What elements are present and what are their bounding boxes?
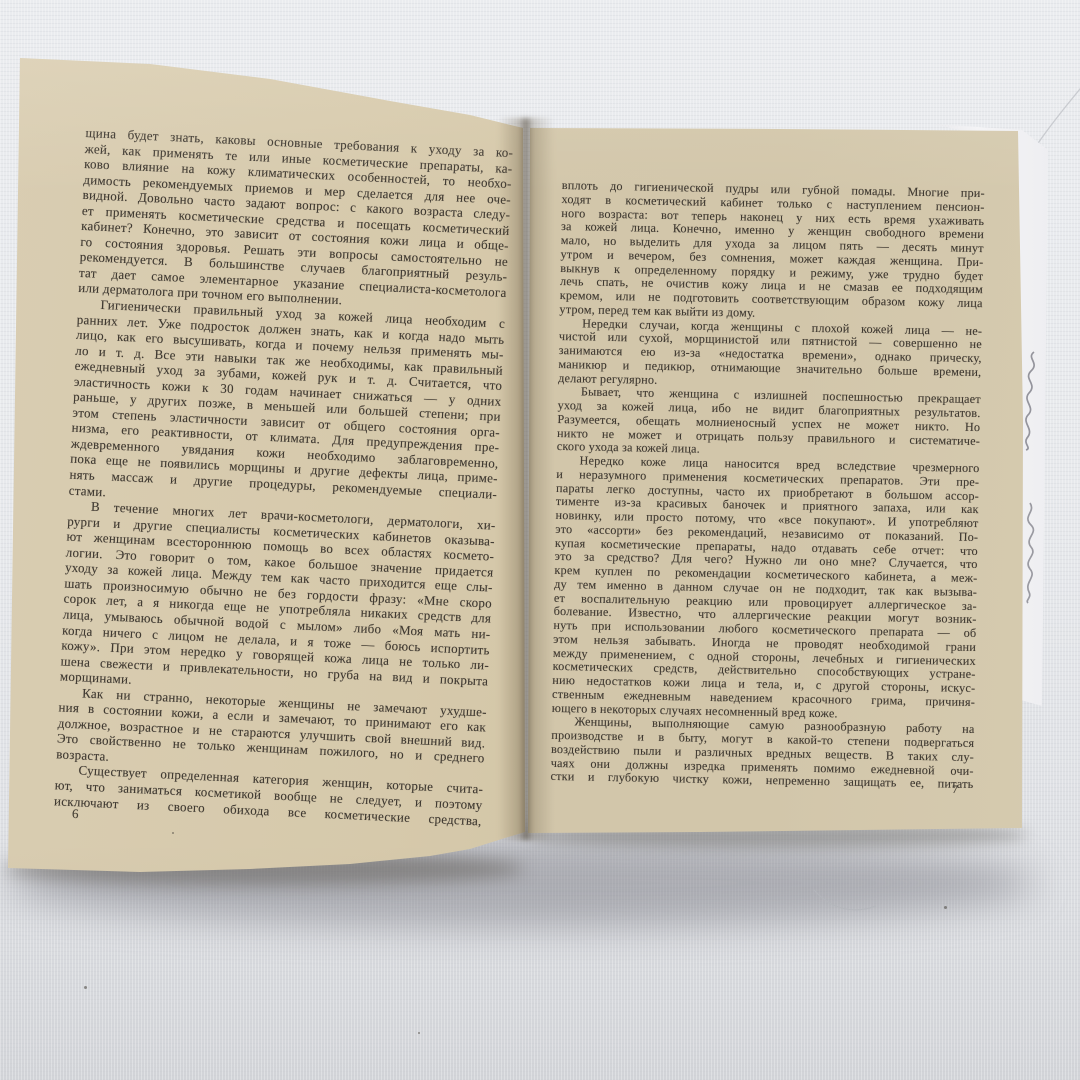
text-line: уход за кожей лица, ибо не видит благопр…	[558, 399, 981, 421]
text-line: рекомендуется. В большинстве случаев бла…	[79, 249, 507, 285]
text-line: мало, но выделить для ухода за лицом пят…	[561, 234, 984, 256]
text-line: ежедневный уход за зубами, кожей рук и т…	[74, 358, 502, 394]
text-line: щина будет знать, каковы основные требов…	[85, 125, 513, 161]
text-line: Как ни странно, некоторые женщины не зам…	[59, 684, 487, 720]
text-line: жей, как применять те или иные косметиче…	[85, 141, 513, 177]
text-line: тат дает самое элементарное указание спе…	[79, 265, 507, 301]
text-line: Женщины, выполняющие самую разнообразную…	[551, 715, 974, 737]
paragraph: Нередки случаи, когда женщины с плохой к…	[558, 316, 982, 393]
text-line: нуть при использовании любого косметичес…	[553, 619, 976, 641]
text-line: косметических средств, действительно спо…	[552, 660, 975, 682]
photo-of-open-book: { "book": { "left_page": { "page_number"…	[0, 0, 1080, 1080]
text-line: лица, умываюсь обычной водой с мылом» ли…	[63, 606, 491, 642]
text-line: ют женщинам всестороннюю помощь во всех …	[66, 529, 494, 565]
text-line: ского ухода за кожей лица.	[557, 440, 980, 462]
text-line: этом степень эластичности зависит от общ…	[72, 405, 500, 441]
text-line: утром и вечером, без сомнения, может каж…	[560, 248, 983, 270]
text-line: новинку, или просто потому, что «все пок…	[555, 509, 978, 531]
paragraph: щина будет знать, каковы основные требов…	[78, 125, 514, 316]
paragraph: Нередко коже лица наносится вред вследст…	[552, 454, 980, 723]
text-line: стами.	[68, 482, 496, 518]
text-line: чистой или сухой, морщинистой или пятнис…	[559, 330, 982, 352]
text-line: уходу за кожей лица. Между тем как часто…	[65, 560, 493, 596]
text-line: Существует определенная категория женщин…	[55, 762, 483, 798]
text-line: ходят в косметический кабинет только с н…	[561, 193, 984, 215]
text-line: когда ничего с лицом не делала, и я тоже…	[62, 622, 490, 658]
text-line: ющего в некоторых случаях несомненный вр…	[552, 701, 975, 723]
text-line: ния в состоянии кожи, а если и замечают,…	[58, 700, 486, 736]
text-line: ют, что заниматься косметикой вообще не …	[55, 777, 483, 813]
dust-speck	[84, 986, 87, 989]
text-line: ет применять косметические средства и по…	[82, 203, 510, 239]
text-line: делают регулярно.	[558, 371, 981, 393]
fiber-hair-icon	[810, 884, 880, 924]
text-line: должное, возрастное и не стараются улучш…	[57, 715, 485, 751]
text-line: вплоть до гигиенической пудры или губной…	[562, 179, 985, 201]
text-line: Это свойственно не только женщинам пожил…	[57, 731, 485, 767]
text-line: Разумеется, обещать молниеносный успех н…	[557, 413, 980, 435]
text-line: нять массаж и другие процедуры, рекоменд…	[69, 467, 497, 503]
left-page-text: щина будет знать, каковы основные требов…	[54, 125, 514, 828]
text-line: и неразумного применения косметических п…	[556, 468, 979, 490]
page-number-right: 7	[952, 782, 958, 797]
text-line: ждевременного увядания кожи необходимо з…	[71, 436, 499, 472]
text-line: димость рекомендуемых приемов и мер сдел…	[83, 172, 511, 208]
text-line: исключают из своего обихода все косметич…	[54, 793, 482, 829]
text-line: ранних лет. Уже подросток должен знать, …	[76, 311, 504, 347]
text-line: пока еще не появились морщины и другие д…	[70, 451, 498, 487]
text-line: ду тем именно в данном случае он не подх…	[554, 578, 977, 600]
text-line: ет воспалительную реакцию или провоцируе…	[554, 591, 977, 613]
text-line: крем куплен по рекомендации косметическо…	[554, 564, 977, 586]
paragraph: Гигиенически правильный уход за кожей ли…	[68, 296, 505, 518]
text-line: за кожей лица. Конечно, именно у женщин …	[561, 220, 984, 242]
text-line: болевание. Известно, что аллергические р…	[554, 605, 977, 627]
text-line: тименте из-за красивых баночек и приятно…	[556, 495, 979, 517]
text-line: сорок лет, а я никогда еще не употреблял…	[63, 591, 491, 627]
paragraph: В течение многих лет врачи-косметологи, …	[60, 498, 496, 705]
fiber-hair-icon	[1028, 0, 1080, 160]
text-line: видной. Довольно часто задают вопрос: с …	[82, 187, 510, 223]
text-line: воздействию пыли и различных вредных вещ…	[551, 743, 974, 765]
text-line: В течение многих лет врачи-косметологи, …	[68, 498, 496, 534]
text-line: Гигиенически правильный уход за кожей ли…	[77, 296, 505, 332]
text-line: кожу». При этом нередко у говорящей кожа…	[61, 637, 489, 673]
paragraph: вплоть до гигиенической пудры или губной…	[559, 179, 985, 325]
text-line: чаях они должны изредка применять помимо…	[551, 756, 974, 778]
text-line: кабинет? Конечно, это зависит от состоян…	[81, 218, 509, 254]
text-line: этом нельзя забывать. Иногда не проводят…	[553, 633, 976, 655]
dust-speck	[172, 832, 174, 834]
text-line: нию недостатков кожи лица и тела, и, с д…	[552, 674, 975, 696]
text-line: шена свежести и привлекательности, но гр…	[60, 653, 488, 689]
text-line: кремом, или не подготовить соответствующ…	[560, 289, 983, 311]
text-line: возраста.	[56, 746, 484, 782]
text-line: маникюр и педикюр, отнимающие значительн…	[558, 358, 981, 380]
paragraph: Существует определенная категория женщин…	[54, 762, 484, 829]
text-line: выкнув к определенному порядку и режиму,…	[560, 261, 983, 283]
text-line: купая косметические препараты, надо отда…	[555, 536, 978, 558]
text-line: занимаются ею из-за «недостатка времени»…	[559, 344, 982, 366]
text-line: Нередко коже лица наносится вред вследст…	[556, 454, 979, 476]
text-line: это «ассорти» без рекомендаций, независи…	[555, 523, 978, 545]
text-line: стки и глубокую чистку кожи, непременно …	[550, 770, 973, 792]
text-line: ственным ежедневным наведением красочног…	[552, 688, 975, 710]
text-line: морщинами.	[60, 669, 488, 705]
text-line: шать произносимую обычно не без гордости…	[64, 575, 492, 611]
paragraph: Бывает, что женщина с излишней поспешнос…	[557, 385, 981, 462]
paragraph: Как ни странно, некоторые женщины не зам…	[56, 684, 487, 782]
text-line: или дерматолога при точном его выполнени…	[78, 280, 506, 316]
text-line: лицо, как его высушивать, когда и почему…	[76, 327, 504, 363]
text-line: утром, перед тем как выйти из дому.	[559, 303, 982, 325]
text-line: логии. Это говорит о том, какое большое …	[65, 544, 493, 580]
text-line: это за средство? Для чего? Нужно ли оно …	[555, 550, 978, 572]
text-line: никто не может и отрицать пользу правиль…	[557, 426, 980, 448]
page-number-left: 6	[72, 806, 79, 822]
dust-speck	[418, 1032, 420, 1034]
right-page-text: вплоть до гигиенической пудры или губной…	[550, 179, 985, 792]
text-line: ло и т. д. Все эти навыки так же необход…	[75, 342, 503, 378]
text-line: лечь спать, не очистив кожу лица и не см…	[560, 275, 983, 297]
text-line: параты легко доступны, часто их приобрет…	[556, 481, 979, 503]
text-line: производстве и в быту, могут в какой-то …	[551, 729, 974, 751]
text-line: эластичность кожи к 30 годам начинает сн…	[74, 373, 502, 409]
text-line: раньше, у других позже, в меньшей или бо…	[73, 389, 501, 425]
text-line: Бывает, что женщина с излишней поспешнос…	[558, 385, 981, 407]
text-line: низма, его реактивности, от климата. Для…	[71, 420, 499, 456]
text-line: рурги и другие специалисты косметических…	[67, 513, 495, 549]
dust-speck	[944, 906, 947, 909]
text-line: ного возраста: вот теперь наконец у них …	[561, 206, 984, 228]
text-line: Нередки случаи, когда женщины с плохой к…	[559, 316, 982, 338]
paragraph: Женщины, выполняющие самую разнообразную…	[550, 715, 974, 792]
text-line: го состояния здоровья. Решать эти вопрос…	[80, 234, 508, 270]
text-line: между применением, с одной стороны, лече…	[553, 646, 976, 668]
text-line: ково влияние на кожу климатических особе…	[84, 156, 512, 192]
